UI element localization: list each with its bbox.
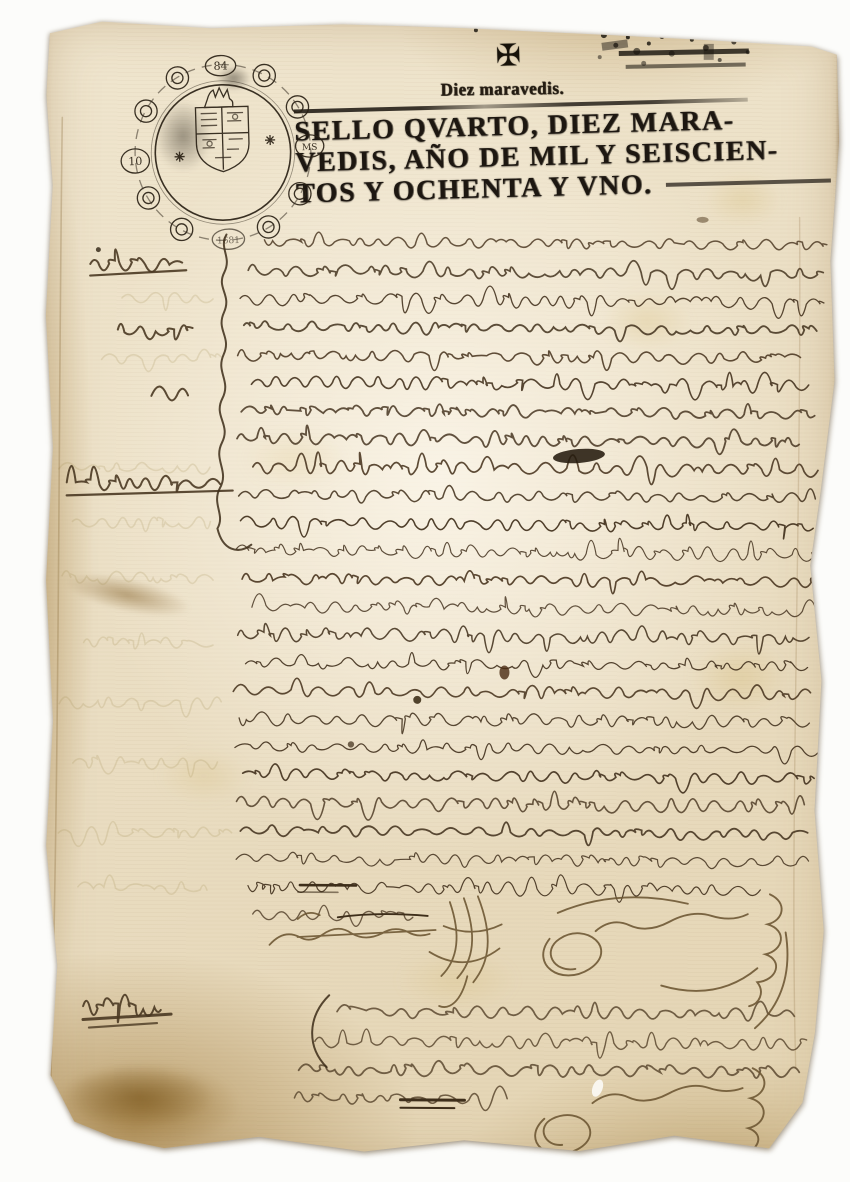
handwriting-stroke [236,852,808,870]
handwriting-stroke [253,905,413,927]
seal-top-number: 84 [213,59,227,72]
handwriting-stroke [243,764,815,794]
handwriting-stroke [242,569,817,596]
handwriting-stroke [240,820,807,846]
handwriting-stroke [252,594,817,619]
handwriting-stroke [67,489,233,496]
handwriting-stroke [240,284,824,318]
handwriting-stroke [58,821,231,847]
stamp-end-rule [666,178,831,186]
handwriting-stroke [299,1060,800,1079]
handwriting-stroke [72,516,210,532]
handwriting-stroke [233,678,810,709]
paper-shadow: ✠ Diez maravedis. SELLO QVARTO, DIEZ MAR… [0,0,850,1182]
paper-stain [602,291,692,352]
handwriting-stroke [122,292,213,310]
margin-brace [213,234,334,1067]
handwriting-stroke [248,873,761,904]
ink-blots [92,213,708,750]
manuscript-body-text [232,232,827,930]
paper-fleck [590,1078,606,1098]
handwriting-stroke [239,712,809,737]
fee-note: Diez maravedis. [440,78,564,101]
tax-stamp-imprint: SELLO QVARTO, DIEZ MARA- VEDIS, AÑO DE M… [294,98,750,210]
handwriting-stroke [73,755,218,777]
seal-monogram: MS [302,143,318,153]
handwriting-stroke [235,739,820,765]
handwriting-stroke [315,1029,807,1060]
handwriting-stroke [83,1014,171,1021]
handwriting-stroke [236,536,817,563]
handwriting-stroke [62,571,213,585]
side-star [174,152,184,162]
handwriting-stroke [264,232,826,251]
handwriting-stroke [67,466,221,492]
paper-stain [64,1065,214,1128]
handwriting-stroke [118,324,193,340]
handwriting-stroke [89,1023,157,1028]
handwriting-stroke [248,258,823,290]
creases [50,117,802,1097]
handwriting-stroke [240,511,813,540]
manuscript-addendum-text [294,998,806,1112]
seal-year: 1681 [217,236,240,247]
handwriting-stroke [238,348,801,373]
seal-left-number: 10 [128,155,142,168]
handwriting-stroke [59,696,221,717]
paper-stain [689,642,789,713]
bleedthrough-text [56,292,235,895]
crowned-shield [195,87,250,172]
handwriting-stroke [294,1085,507,1111]
paper-stain [241,429,351,490]
scanned-document: ✠ Diez maravedis. SELLO QVARTO, DIEZ MAR… [0,0,850,1182]
handwriting-stroke [253,452,818,486]
paper-stain [48,1049,289,1151]
signature-flourish-bottom [535,1067,765,1182]
handwriting-stroke [236,789,804,823]
handwriting-stroke [251,369,808,401]
handwriting-stroke [245,651,807,679]
handwriting-stroke [102,349,221,372]
handwriting-stroke [90,270,186,277]
handwriting-stroke [84,633,213,650]
pen-dashes [296,885,466,1108]
handwriting-stroke [78,875,207,895]
handwriting-stroke [151,387,188,401]
handwriting-stroke [83,994,161,1022]
handwriting-stroke [241,400,814,420]
paper-stain [397,950,517,1011]
signature-flourish-left [269,895,502,1008]
side-star [265,135,275,145]
maltese-cross-icon: ✠ [495,38,521,74]
handwriting-stroke [238,623,809,655]
handwriting-stroke [337,999,794,1022]
margin-notes [63,249,234,1028]
handwriting-stroke [237,425,799,455]
paper-stain [60,564,194,625]
paper-stain [159,748,249,804]
handwriting-stroke [239,484,816,506]
handwriting-stroke [244,321,817,343]
coat-of-arms-seal-icon: 84 10 MS 1681 [116,52,330,260]
stamp-offset-bars [619,31,750,70]
handwriting-stroke [59,462,210,474]
signature-flourish-right [543,893,788,1029]
manuscript-page: ✠ Diez maravedis. SELLO QVARTO, DIEZ MAR… [34,15,842,1169]
